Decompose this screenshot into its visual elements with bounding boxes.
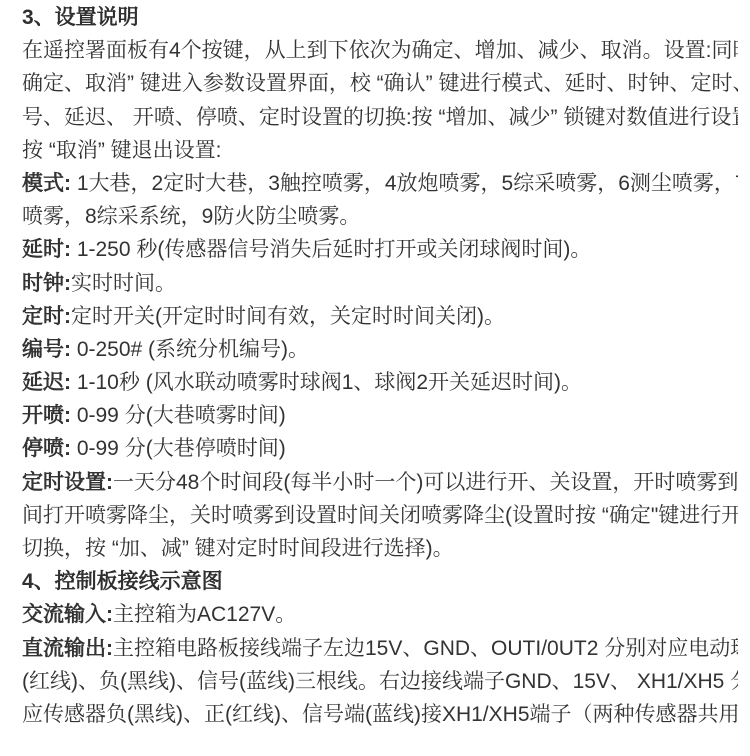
field-label: 直流输出: [22,637,113,660]
field-label: 延迟: [22,371,71,394]
line-text: 0-99 分(大巷喷雾时间) [71,404,286,427]
field-label: 开喷: [22,404,71,427]
line-text: 间打开喷雾降尘，关时喷雾到设置时间关闭喷雾降尘(设置时按 “确定"键进行开、关 [22,504,738,527]
text-line-clock: 时钟:实时时间。 [22,267,738,300]
line-text: 主控箱为AC127V。 [113,603,296,626]
line-text: (红线)、负(黑线)、信号(蓝线)三根线。右边接线端子GND、15V、 XH1/… [22,670,738,693]
field-label: 模式: [22,172,71,195]
section-heading-settings: 3、设置说明 [22,1,738,34]
line-text: 切换，按 “加、减” 键对定时时间段进行选择)。 [22,537,454,560]
section-heading-wiring: 4、控制板接线示意图 [22,565,738,598]
text-line-timer: 定时:定时开关(开定时时间有效，关定时时间关闭)。 [22,300,738,333]
text-line: 应传感器负(黑线)、正(红线)、信号端(蓝线)接XH1/XH5端子（两种传感器共… [22,698,738,731]
text-line: (红线)、负(黑线)、信号(蓝线)三根线。右边接线端子GND、15V、 XH1/… [22,665,738,698]
text-line-mode: 模式: 1大巷，2定时大巷，3触控喷雾，4放炮喷雾，5综采喷雾，6测尘喷雾，7遥… [22,167,738,200]
text-line-number: 编号: 0-250# (系统分机编号)。 [22,333,738,366]
line-text: 确定、取消” 键进入参数设置界面，校 “确认” 键进行模式、延时、时钟、定时、编 [22,72,738,95]
text-line-lag: 延迟: 1-10秒 (风水联动喷雾时球阀1、球阀2开关延迟时间)。 [22,366,738,399]
text-line-timer-setting: 定时设置:一天分48个时间段(每半小时一个)可以进行开、关设置，开时喷雾到设置时 [22,466,738,499]
text-line: 按 “取消” 键退出设置: [22,134,738,167]
text-line: 确定、取消” 键进入参数设置界面，校 “确认” 键进行模式、延时、时钟、定时、编 [22,67,738,100]
line-text: 主控箱电路板接线端子左边15V、GND、OUTI/0UT2 分别对应电动球阀正 [113,637,738,660]
field-label: 交流输入: [22,603,113,626]
manual-page: 3、设置说明 在遥控署面板有4个按键，从上到下依次为确定、增加、减少、取消。设置… [0,0,750,756]
field-label: 定时: [22,305,71,328]
field-label: 编号: [22,338,71,361]
line-text: 1-10秒 (风水联动喷雾时球阀1、球阀2开关延迟时间)。 [71,371,582,394]
line-text: 0-250# (系统分机编号)。 [71,338,309,361]
line-text: 一天分48个时间段(每半小时一个)可以进行开、关设置，开时喷雾到设置时 [113,471,738,494]
field-label: 时钟: [22,272,71,295]
text-line-spray-on: 开喷: 0-99 分(大巷喷雾时间) [22,399,738,432]
text-line: 切换，按 “加、减” 键对定时时间段进行选择)。 [22,532,738,565]
line-text: 号、延迟、 开喷、停喷、定时设置的切换:按 “增加、减少” 锁键对数值进行设置。 [22,106,738,129]
line-text: 实时时间。 [71,272,176,295]
line-text: 0-99 分(大巷停喷时间) [71,437,286,460]
text-line: 间打开喷雾降尘，关时喷雾到设置时间关闭喷雾降尘(设置时按 “确定"键进行开、关 [22,499,738,532]
text-line-ac-input: 交流输入:主控箱为AC127V。 [22,598,738,631]
heading-text: 3、设置说明 [22,6,139,29]
line-text: 在遥控署面板有4个按键，从上到下依次为确定、增加、减少、取消。设置:同时按 [22,39,738,62]
line-text: 1-250 秒(传感器信号消失后延时打开或关闭球阀时间)。 [71,238,591,261]
line-text: 按 “取消” 键退出设置: [22,139,222,162]
line-text: 1大巷，2定时大巷，3触控喷雾，4放炮喷雾，5综采喷雾，6测尘喷雾，7遥控 [71,172,738,195]
field-label: 定时设置: [22,471,113,494]
text-line: 喷雾，8综采系统，9防火防尘喷雾。 [22,200,738,233]
field-label: 延时: [22,238,71,261]
line-text: 喷雾，8综采系统，9防火防尘喷雾。 [22,205,360,228]
field-label: 停喷: [22,437,71,460]
text-line: 号、延迟、 开喷、停喷、定时设置的切换:按 “增加、减少” 锁键对数值进行设置。 [22,101,738,134]
text-line-spray-off: 停喷: 0-99 分(大巷停喷时间) [22,432,738,465]
text-line-delay: 延时: 1-250 秒(传感器信号消失后延时打开或关闭球阀时间)。 [22,233,738,266]
text-line-dc-output: 直流输出:主控箱电路板接线端子左边15V、GND、OUTI/0UT2 分别对应电… [22,632,738,665]
text-line: 在遥控署面板有4个按键，从上到下依次为确定、增加、减少、取消。设置:同时按 [22,34,738,67]
line-text: 应传感器负(黑线)、正(红线)、信号端(蓝线)接XH1/XH5端子（两种传感器共… [22,703,738,726]
heading-text: 4、控制板接线示意图 [22,570,223,593]
line-text: 定时开关(开定时时间有效，关定时时间关闭)。 [71,305,505,328]
